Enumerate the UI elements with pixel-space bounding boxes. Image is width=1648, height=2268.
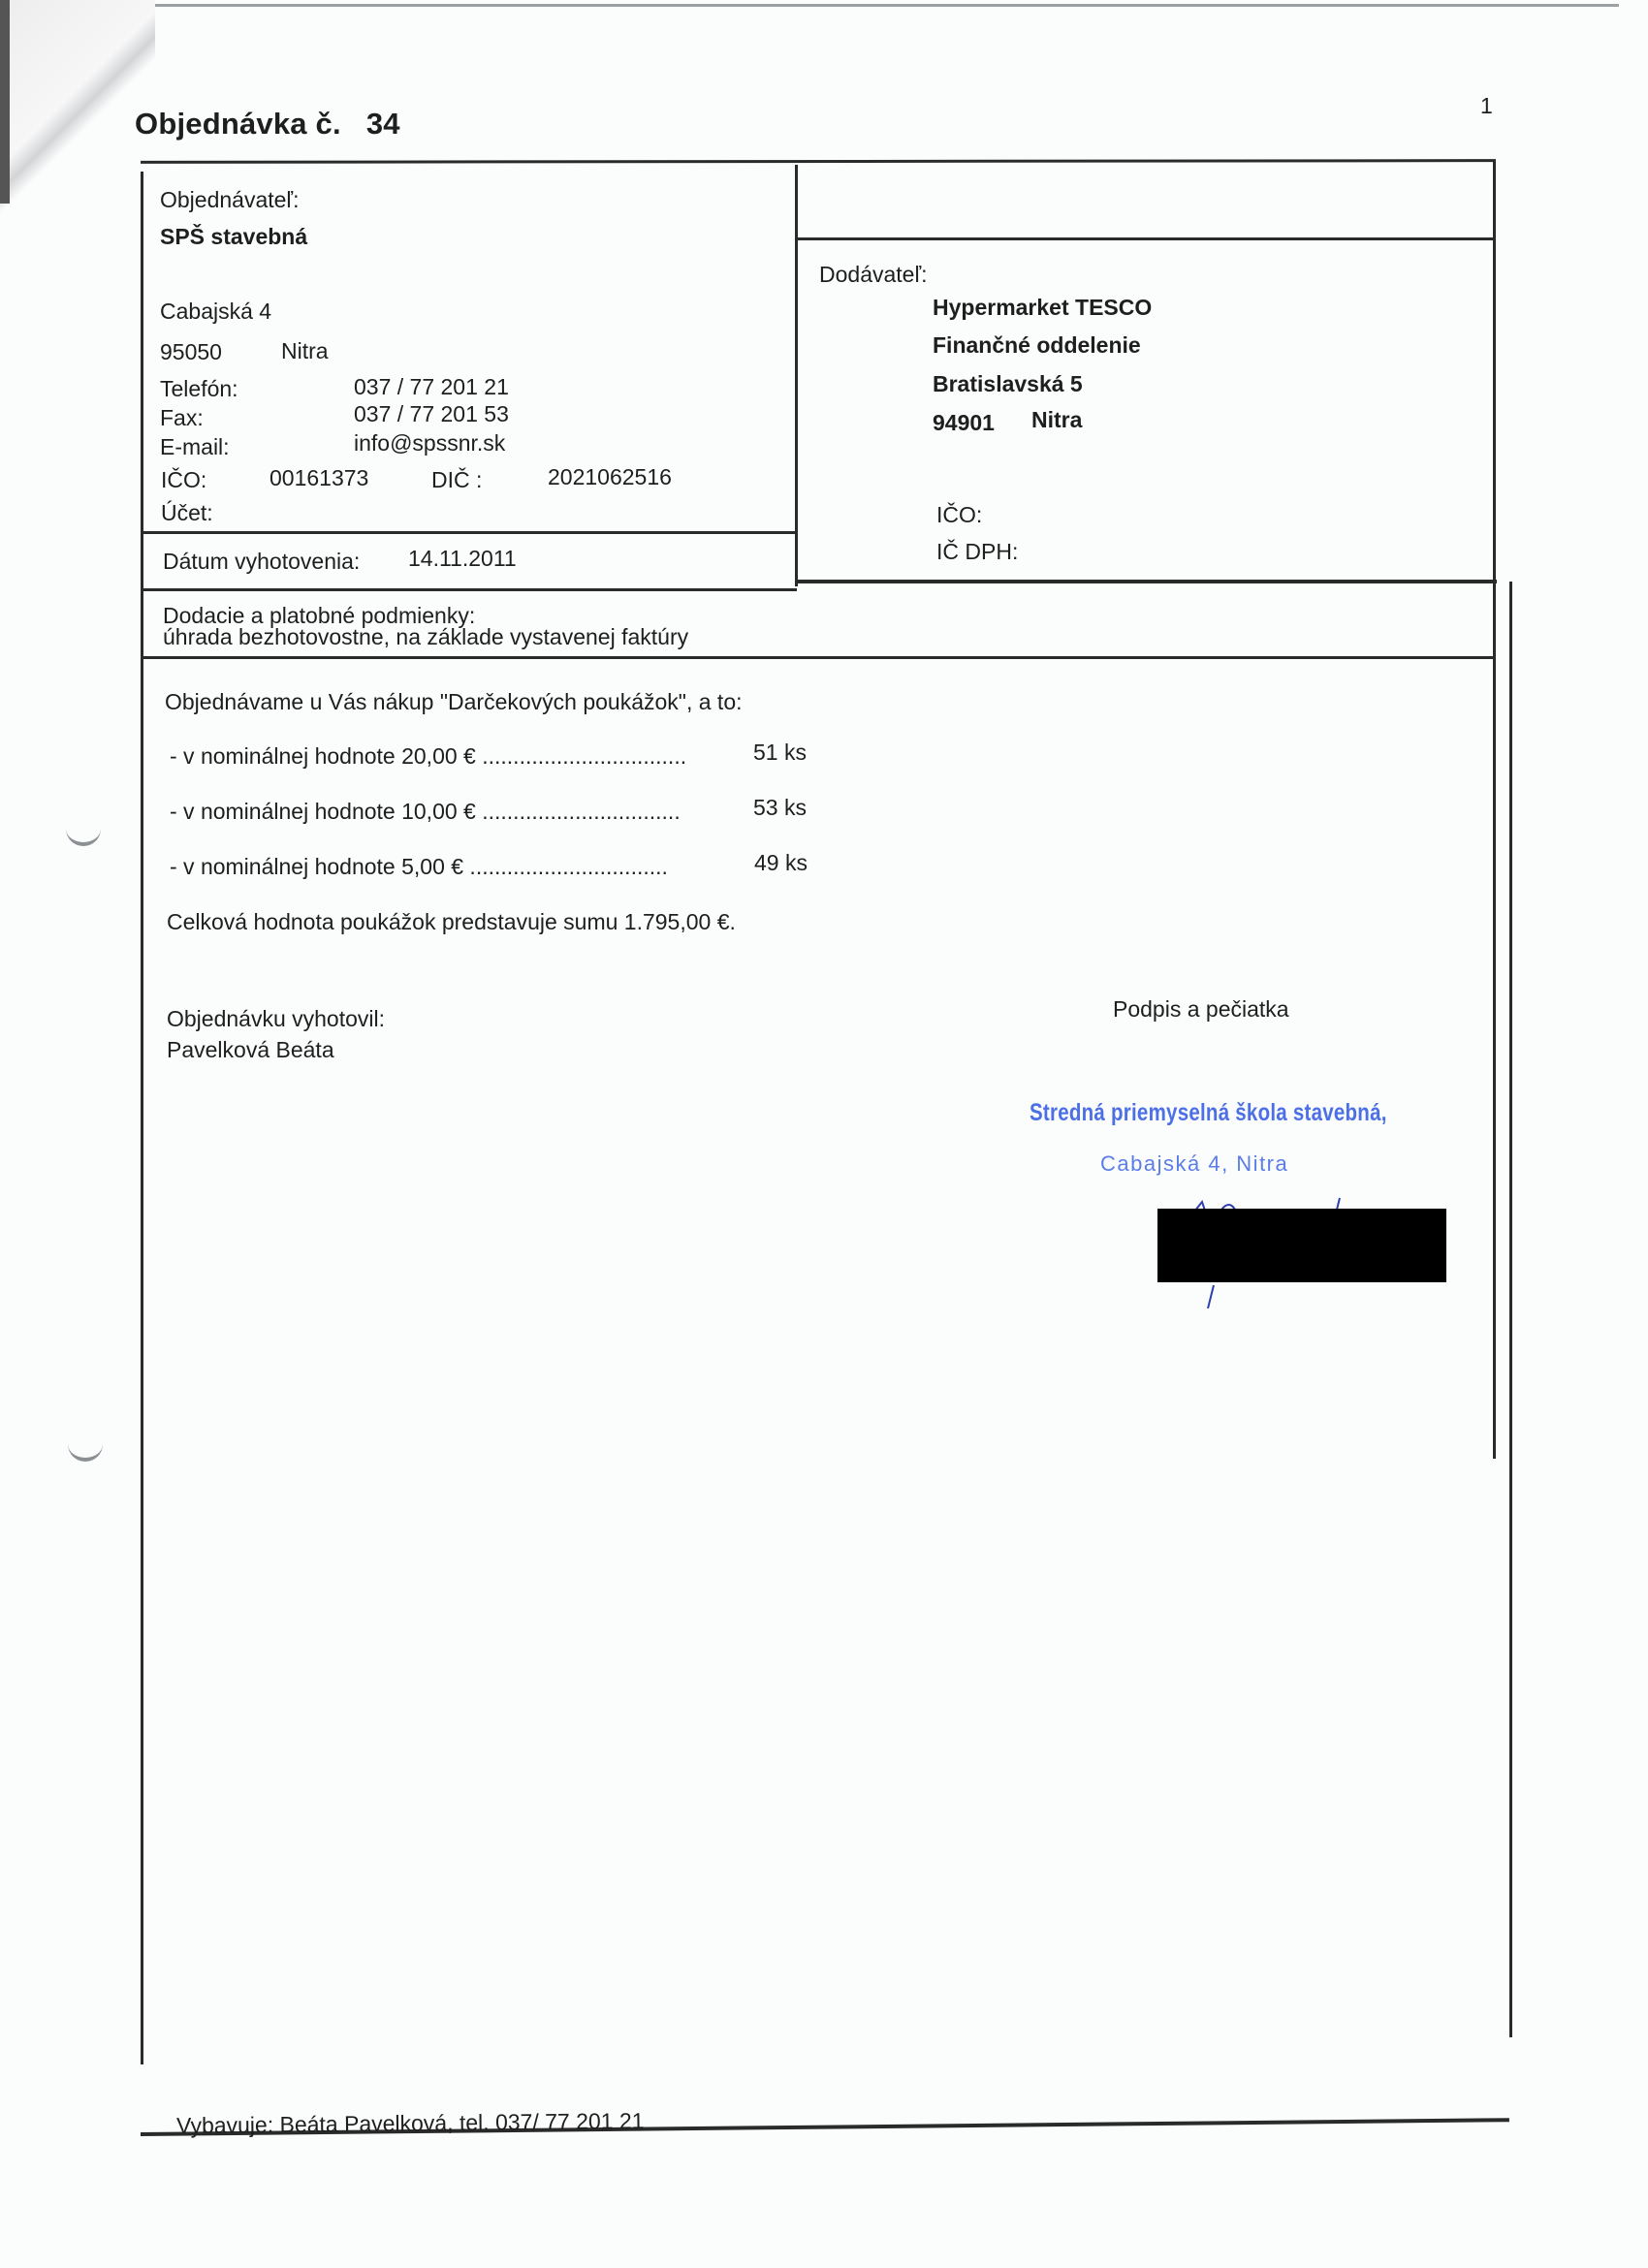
supplier-box-bottom (797, 580, 1497, 583)
item-quantity: 49 ks (754, 852, 808, 874)
fax-label: Fax: (160, 407, 204, 429)
page-number: 1 (1480, 93, 1493, 119)
supplier-icdph-label: IČ DPH: (936, 541, 1018, 563)
signature-label: Podpis a pečiatka (1113, 998, 1289, 1021)
orderer-zip: 95050 (160, 341, 222, 363)
date-row-top (143, 531, 795, 534)
phone-label: Telefón: (160, 378, 238, 400)
item-description: - v nominálnej hodnote 10,00 € .........… (170, 801, 681, 823)
orderer-city: Nitra (281, 340, 329, 362)
redaction-box (1157, 1209, 1446, 1282)
item-quantity: 53 ks (753, 797, 807, 819)
frame-left (141, 172, 143, 2064)
item-description: - v nominálnej hodnote 5,00 € ..........… (170, 856, 668, 878)
supplier-box-top (795, 237, 1495, 240)
supplier-zip: 94901 (933, 412, 995, 434)
frame-right-lower (1509, 582, 1512, 2037)
order-number: 34 (366, 107, 400, 141)
frame-right-upper (1493, 160, 1496, 1459)
orderer-name: SPŠ stavebná (160, 226, 307, 248)
phone-value: 037 / 77 201 21 (354, 376, 509, 398)
supplier-label: Dodávateľ: (819, 264, 928, 286)
prepared-by-label: Objednávku vyhotovil: (167, 1008, 385, 1030)
supplier-ico-label: IČO: (936, 504, 982, 526)
column-divider (795, 165, 798, 586)
dic-value: 2021062516 (548, 466, 672, 488)
orderer-street: Cabajská 4 (160, 300, 271, 323)
order-total: Celková hodnota poukážok predstavuje sum… (167, 911, 736, 933)
orderer-label: Objednávateľ: (160, 189, 300, 211)
date-label: Dátum vyhotovenia: (163, 551, 360, 573)
punch-hole-mark (66, 829, 101, 846)
email-label: E-mail: (160, 436, 230, 458)
page-title: Objednávka č.34 (135, 107, 400, 142)
order-intro: Objednávame u Vás nákup "Darčekových pou… (165, 691, 743, 713)
stamp-line-2: Cabajská 4, Nitra (1100, 1153, 1288, 1175)
terms-row-top (143, 588, 797, 591)
fax-value: 037 / 77 201 53 (354, 403, 509, 425)
supplier-city: Nitra (1031, 409, 1082, 431)
account-label: Účet: (161, 502, 213, 524)
ico-label: IČO: (161, 469, 206, 491)
terms-value: úhrada bezhotovostne, na základe vystave… (163, 626, 688, 648)
terms-row-bottom (143, 656, 1496, 659)
footer-handled-by: Vybavuje: Beáta Pavelková, tel. 037/ 77 … (176, 2110, 645, 2137)
supplier-street: Bratislavská 5 (933, 373, 1083, 395)
supplier-department: Finančné oddelenie (933, 334, 1141, 357)
email-value: info@spssnr.sk (354, 432, 505, 455)
item-quantity: 51 ks (753, 741, 807, 764)
scan-edge (145, 4, 1619, 7)
folded-corner (0, 0, 155, 213)
dic-label: DIČ : (431, 469, 482, 491)
date-value: 14.11.2011 (408, 548, 517, 570)
prepared-by-name: Pavelková Beáta (167, 1039, 334, 1061)
item-description: - v nominálnej hodnote 20,00 € .........… (170, 745, 686, 768)
punch-hole-mark (68, 1444, 103, 1462)
supplier-name: Hypermarket TESCO (933, 297, 1152, 319)
title-label: Objednávka č. (135, 107, 341, 141)
scan-shadow (0, 0, 10, 204)
ico-value: 00161373 (269, 467, 368, 489)
stamp-line-1: Stredná priemyselná škola stavebná, (1030, 1101, 1387, 1125)
frame-top (141, 159, 1496, 164)
